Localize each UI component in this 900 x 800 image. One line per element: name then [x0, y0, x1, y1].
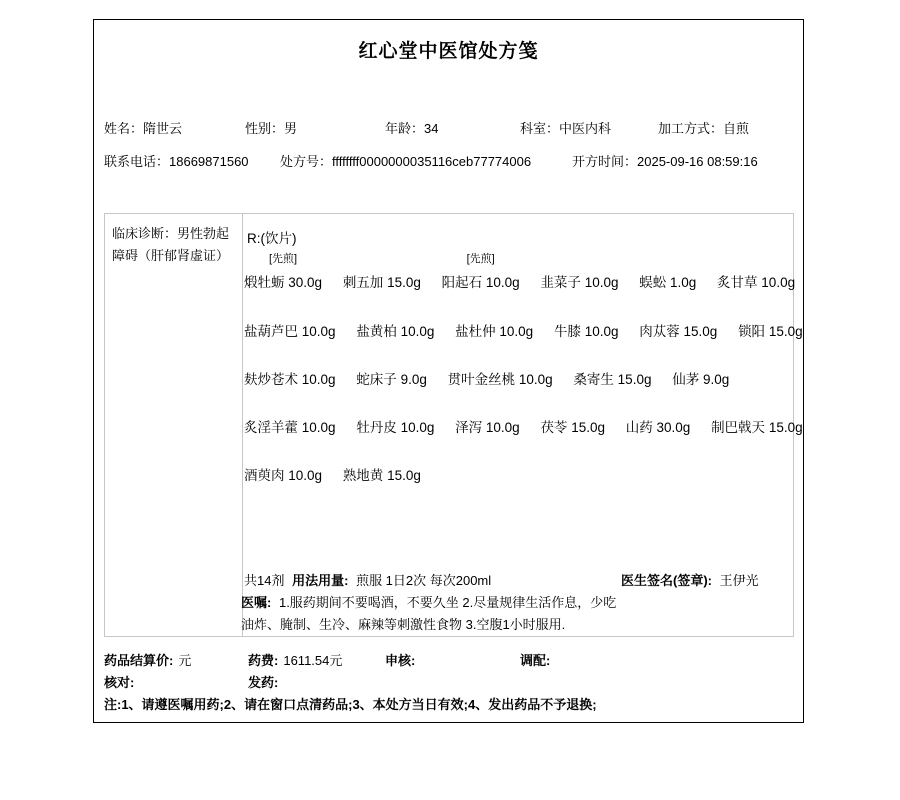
prescription-number: 处方号：ffffffff0000000035116ceb77774006: [280, 151, 531, 170]
clinic-title: 红心堂中医馆处方笺: [94, 36, 803, 63]
medicine-fee: 药费:1611.54元: [248, 650, 342, 669]
herb-item: 盐黄柏 10.0g: [356, 324, 434, 339]
settle-price-label: 药品结算价:: [104, 653, 173, 668]
doctor-signature: 医生签名(签章): 王伊光: [621, 570, 759, 589]
settle-price-value: 元: [178, 653, 191, 668]
herb-item: 炙甘草 10.0g: [717, 252, 795, 290]
herb-text: 炙甘草 10.0g: [717, 275, 795, 290]
department: 科室：中医内科: [520, 118, 611, 137]
herb-item: 酒萸肉 10.0g: [244, 468, 322, 483]
medical-advice-line-2: 油炸、腌制、生冷、麻辣等刺激性食物 3.空腹1小时服用.: [241, 614, 565, 633]
herb-row-1: [先煎] 煅牡蛎 30.0g 刺五加 15.0g [先煎] 阳起石 10.0g …: [244, 252, 812, 290]
herb-text: 煅牡蛎 30.0g: [244, 275, 322, 290]
dose-count: 共14剂: [244, 573, 284, 588]
herb-item: [先煎] 阳起石 10.0g: [442, 252, 520, 290]
pre-decoct-label: [先煎]: [244, 252, 322, 275]
herb-item: 仙茅 9.0g: [672, 372, 729, 387]
medicine-fee-label: 药费:: [248, 653, 278, 668]
review-label: 申核:: [385, 650, 415, 669]
advice-label: 医嘱:: [241, 595, 271, 610]
doctor-signature-label: 医生签名(签章):: [621, 573, 712, 588]
prescription-time: 开方时间：2025-09-16 08:59:16: [572, 151, 758, 170]
pre-decoct-spacer: [540, 252, 618, 275]
herb-item: 贯叶金丝桃 10.0g: [448, 372, 553, 387]
contact-phone: 联系电话：18669871560: [104, 151, 249, 170]
herb-item: [先煎] 煅牡蛎 30.0g: [244, 252, 322, 290]
medical-advice-line-1: 医嘱: 1.服药期间不要喝酒，不要久坐 2.尽量规律生活作息，少吃: [241, 592, 616, 611]
issue-label: 发药:: [248, 672, 278, 691]
herb-item: 茯苓 15.0g: [540, 420, 605, 435]
usage-value: 煎服 1日2次 每次200ml: [356, 573, 491, 588]
prescription-page: 红心堂中医馆处方笺 姓名：隋世云 性别：男 年龄：34 科室：中医内科 加工方式…: [0, 0, 900, 800]
herb-text: 阳起石 10.0g: [442, 275, 520, 290]
pre-decoct-spacer: [343, 252, 421, 275]
herb-item: 锁阳 15.0g: [738, 324, 803, 339]
herb-item: 山药 30.0g: [626, 420, 691, 435]
pre-decoct-spacer: [717, 252, 795, 275]
herb-item: 盐葫芦巴 10.0g: [244, 324, 336, 339]
herb-row-5: 酒萸肉 10.0g 熟地黄 15.0g: [244, 468, 438, 483]
herb-item: 炙淫羊藿 10.0g: [244, 420, 336, 435]
patient-age: 年龄：34: [385, 118, 438, 137]
pre-decoct-spacer: [639, 252, 696, 275]
herb-item: 制巴戟天 15.0g: [711, 420, 803, 435]
herb-text: 蜈蚣 1.0g: [639, 275, 696, 290]
prescription-body-box: 临床诊断：男性勃起障碍（肝郁肾虚证） R:(饮片) [先煎] 煅牡蛎 30.0g…: [104, 213, 794, 637]
herb-item: 熟地黄 15.0g: [343, 468, 421, 483]
herb-item: 肉苁蓉 15.0g: [639, 324, 717, 339]
herb-item: 麸炒苍术 10.0g: [244, 372, 336, 387]
prescription-sheet: 红心堂中医馆处方笺 姓名：隋世云 性别：男 年龄：34 科室：中医内科 加工方式…: [93, 19, 804, 723]
medicine-fee-value: 1611.54元: [283, 653, 342, 668]
advice-text: 1.服药期间不要喝酒，不要久坐 2.尽量规律生活作息，少吃: [279, 595, 616, 610]
herb-item: 韭菜子 10.0g: [540, 252, 618, 290]
advice-text: 油炸、腌制、生冷、麻辣等刺激性食物 3.空腹1小时服用.: [241, 617, 565, 632]
usage-label: 用法用量:: [292, 573, 348, 588]
footer-note: 注:1、请遵医嘱用药;2、请在窗口点清药品;3、本处方当日有效;4、发出药品不予…: [104, 694, 597, 713]
column-divider: [242, 214, 243, 636]
herb-item: 牡丹皮 10.0g: [356, 420, 434, 435]
doctor-name: 王伊光: [720, 573, 759, 588]
dispense-label: 调配:: [520, 650, 550, 669]
processing-method: 加工方式：自煎: [658, 118, 749, 137]
rx-header: R:(饮片): [247, 227, 297, 247]
herb-item: 牛膝 10.0g: [554, 324, 619, 339]
herb-item: 盐杜仲 10.0g: [455, 324, 533, 339]
patient-gender: 性别：男: [245, 118, 297, 137]
clinical-diagnosis: 临床诊断：男性勃起障碍（肝郁肾虚证）: [112, 223, 236, 267]
herb-item: 刺五加 15.0g: [343, 252, 421, 290]
patient-name: 姓名：隋世云: [104, 118, 182, 137]
herb-text: 韭菜子 10.0g: [540, 275, 618, 290]
herb-row-2: 盐葫芦巴 10.0g 盐黄柏 10.0g 盐杜仲 10.0g 牛膝 10.0g …: [244, 324, 820, 339]
herb-row-3: 麸炒苍术 10.0g 蛇床子 9.0g 贯叶金丝桃 10.0g 桑寄生 15.0…: [244, 372, 746, 387]
usage-line: 共14剂 用法用量: 煎服 1日2次 每次200ml: [244, 570, 491, 589]
herb-item: 蛇床子 9.0g: [356, 372, 427, 387]
pre-decoct-label: [先煎]: [442, 252, 520, 275]
herb-item: 泽泻 10.0g: [455, 420, 520, 435]
herb-row-4: 炙淫羊藿 10.0g 牡丹皮 10.0g 泽泻 10.0g 茯苓 15.0g 山…: [244, 420, 820, 435]
herb-text: 刺五加 15.0g: [343, 275, 421, 290]
check-label: 核对:: [104, 672, 134, 691]
herb-item: 桑寄生 15.0g: [573, 372, 651, 387]
herb-item: 蜈蚣 1.0g: [639, 252, 696, 290]
settle-price: 药品结算价:元: [104, 650, 191, 669]
